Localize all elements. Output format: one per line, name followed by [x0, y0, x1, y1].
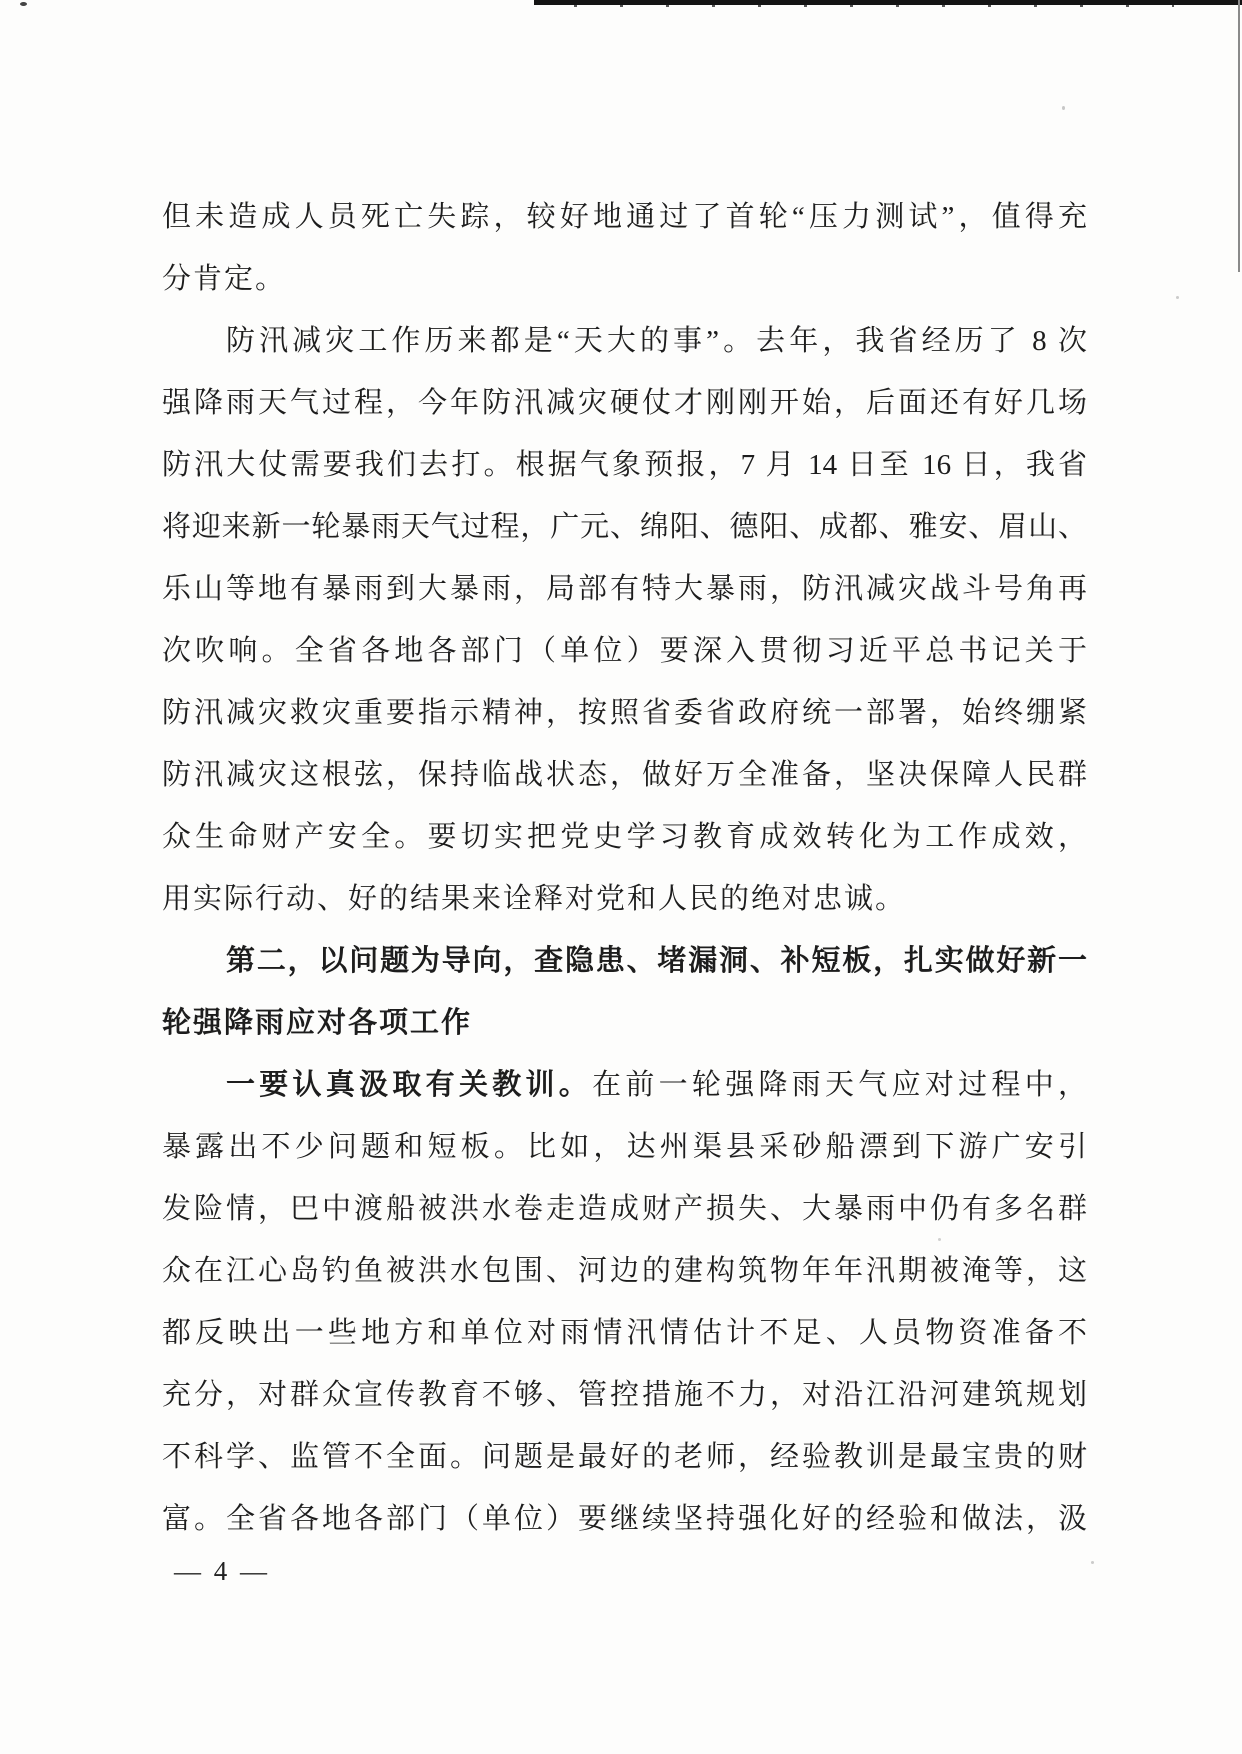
- line-text: 防汛大仗需要我们去打。根据气象预报，7 月 14 日至 16 日，我省: [162, 449, 1087, 481]
- line-text: 防汛减灾这根弦，保持临战状态，做好万全准备，坚决保障人民群: [162, 759, 1087, 791]
- text-line: 防汛大仗需要我们去打。根据气象预报，7 月 14 日至 16 日，我省: [162, 434, 1087, 496]
- scan-artifact-right-edge: [1238, 0, 1240, 272]
- text-line: 都反映出一些地方和单位对雨情汛情估计不足、人员物资准备不: [162, 1302, 1087, 1364]
- text-line: 用实际行动、好的结果来诠释对党和人民的绝对忠诚。: [162, 868, 1087, 930]
- line-text: 不科学、监管不全面。问题是最好的老师，经验教训是最宝贵的财: [162, 1441, 1087, 1473]
- text-line: 暴露出不少问题和短板。比如，达州渠县采砂船漂到下游广安引: [162, 1116, 1087, 1178]
- line-text: 防汛减灾救灾重要指示精神，按照省委省政府统一部署，始终绷紧: [162, 697, 1087, 729]
- line-text: 但未造成人员死亡失踪，较好地通过了首轮“压力测试”，值得充: [162, 201, 1087, 233]
- text-line: 轮强降雨应对各项工作: [162, 992, 1087, 1054]
- document-body: 但未造成人员死亡失踪，较好地通过了首轮“压力测试”，值得充分肯定。防汛减灾工作历…: [162, 186, 1087, 1550]
- scan-speck: [1091, 1561, 1094, 1564]
- scan-speck: [1176, 296, 1179, 299]
- line-text: 乐山等地有暴雨到大暴雨，局部有特大暴雨，防汛减灾战斗号角再: [162, 573, 1087, 605]
- text-line: 次吹响。全省各地各部门（单位）要深入贯彻习近平总书记关于: [162, 620, 1087, 682]
- line-text: 发险情，巴中渡船被洪水卷走造成财产损失、大暴雨中仍有多名群: [162, 1193, 1087, 1225]
- line-text: 分肯定。: [162, 263, 286, 295]
- text-line: 充分，对群众宣传教育不够、管控措施不力，对沿江沿河建筑规划: [162, 1364, 1087, 1426]
- line-text: 次吹响。全省各地各部门（单位）要深入贯彻习近平总书记关于: [162, 635, 1087, 667]
- page-number: — 4 —: [174, 1556, 270, 1587]
- line-text: 众生命财产安全。要切实把党史学习教育成效转化为工作成效，: [162, 821, 1087, 853]
- line-text: 轮强降雨应对各项工作: [162, 1007, 472, 1039]
- text-line: 防汛减灾这根弦，保持临战状态，做好万全准备，坚决保障人民群: [162, 744, 1087, 806]
- text-line: 但未造成人员死亡失踪，较好地通过了首轮“压力测试”，值得充: [162, 186, 1087, 248]
- text-line: 第二，以问题为导向，查隐患、堵漏洞、补短板，扎实做好新一: [162, 930, 1087, 992]
- text-line: 富。全省各地各部门（单位）要继续坚持强化好的经验和做法，汲: [162, 1488, 1087, 1550]
- text-line: 一要认真汲取有关教训。在前一轮强降雨天气应对过程中，: [162, 1054, 1087, 1116]
- text-line: 不科学、监管不全面。问题是最好的老师，经验教训是最宝贵的财: [162, 1426, 1087, 1488]
- text-line: 强降雨天气过程，今年防汛减灾硬仗才刚刚开始，后面还有好几场: [162, 372, 1087, 434]
- text-line: 发险情，巴中渡船被洪水卷走造成财产损失、大暴雨中仍有多名群: [162, 1178, 1087, 1240]
- line-text: 暴露出不少问题和短板。比如，达州渠县采砂船漂到下游广安引: [162, 1131, 1087, 1163]
- scan-speck: [1062, 106, 1065, 110]
- document-page: 但未造成人员死亡失踪，较好地通过了首轮“压力测试”，值得充分肯定。防汛减灾工作历…: [0, 0, 1242, 1754]
- line-text: 富。全省各地各部门（单位）要继续坚持强化好的经验和做法，汲: [162, 1503, 1087, 1535]
- line-text: 强降雨天气过程，今年防汛减灾硬仗才刚刚开始，后面还有好几场: [162, 387, 1087, 419]
- line-text: 防汛减灾工作历来都是“天大的事”。去年，我省经历了 8 次: [226, 325, 1087, 357]
- line-text: 将迎来新一轮暴雨天气过程，广元、绵阳、德阳、成都、雅安、眉山、: [162, 511, 1087, 543]
- scan-speck: [20, 2, 27, 6]
- line-text: 在前一轮强降雨天气应对过程中，: [592, 1069, 1087, 1101]
- text-line: 防汛减灾救灾重要指示精神，按照省委省政府统一部署，始终绷紧: [162, 682, 1087, 744]
- line-text: 第二，以问题为导向，查隐患、堵漏洞、补短板，扎实做好新一: [226, 945, 1087, 977]
- text-line: 防汛减灾工作历来都是“天大的事”。去年，我省经历了 8 次: [162, 310, 1087, 372]
- text-line: 众在江心岛钓鱼被洪水包围、河边的建构筑物年年汛期被淹等，这: [162, 1240, 1087, 1302]
- text-line: 众生命财产安全。要切实把党史学习教育成效转化为工作成效，: [162, 806, 1087, 868]
- text-line: 分肯定。: [162, 248, 1087, 310]
- text-line: 将迎来新一轮暴雨天气过程，广元、绵阳、德阳、成都、雅安、眉山、: [162, 496, 1087, 558]
- emphasis-lead-text: 一要认真汲取有关教训。: [226, 1069, 592, 1101]
- scan-artifact-top-edge: [534, 0, 1242, 5]
- line-text: 用实际行动、好的结果来诠释对党和人民的绝对忠诚。: [162, 883, 906, 915]
- line-text: 都反映出一些地方和单位对雨情汛情估计不足、人员物资准备不: [162, 1317, 1087, 1349]
- text-line: 乐山等地有暴雨到大暴雨，局部有特大暴雨，防汛减灾战斗号角再: [162, 558, 1087, 620]
- line-text: 充分，对群众宣传教育不够、管控措施不力，对沿江沿河建筑规划: [162, 1379, 1087, 1411]
- line-text: 众在江心岛钓鱼被洪水包围、河边的建构筑物年年汛期被淹等，这: [162, 1255, 1087, 1287]
